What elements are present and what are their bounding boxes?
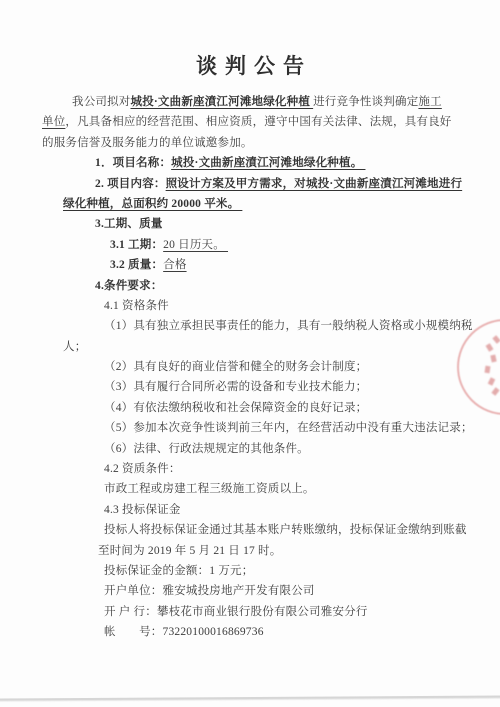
doc-line: （5）参加本次竞争性谈判前三年内，在经营活动中没有重大违法记录； (104, 418, 500, 438)
doc-line: 至时间为 2019 年 5 月 21 日 17 时。 (98, 541, 500, 561)
doc-line: 3.工期、质量 (95, 214, 500, 234)
document-lines: 我公司拟对城投·文曲新座濆江河滩地绿化种植 进行竞争性谈判确定施工单位，凡具备相… (0, 92, 500, 643)
doc-line: 单位，凡具备相应的经营范围、相应资质，遵守中国有关法律、法规，具有良好 (42, 112, 500, 132)
doc-line: 开户单位：雅安城投房地产开发有限公司 (104, 581, 500, 601)
doc-line: 市政工程或房建工程三级施工资质以上。 (104, 479, 500, 499)
doc-line: 4.1 资格条件 (104, 296, 500, 316)
doc-line: （6）法律、行政法规规定的其他条件。 (104, 439, 500, 459)
doc-line: 我公司拟对城投·文曲新座濆江河滩地绿化种植 进行竞争性谈判确定施工 (72, 92, 500, 112)
seal-mark (485, 366, 491, 374)
doc-line: 绿化种植，总面积约 20000 平米。 (63, 194, 500, 214)
page-bottom-edge-shadow (0, 695, 500, 700)
doc-line: 帐 号：73220100016869736 (104, 622, 500, 642)
doc-line: 4.3 投标保证金 (104, 500, 500, 520)
doc-line: 4.条件要求： (95, 276, 500, 296)
doc-line: （1）具有独立承担民事责任的能力，具有一般纳税人资格或小规模纳税 (104, 316, 500, 336)
doc-line: （3）具有履行合同所必需的设备和专业技术能力； (104, 377, 500, 397)
scanned-document-page: 谈判公告 我公司拟对城投·文曲新座濆江河滩地绿化种植 进行竞争性谈判确定施工单位… (0, 0, 500, 707)
document-title: 谈判公告 (0, 52, 500, 80)
doc-line: 3.1 工期：20 日历天。 (110, 235, 500, 255)
doc-line: 人； (63, 337, 500, 357)
doc-line: 2. 项目内容：照设计方案及甲方需求，对城投·文曲新座濆江河滩地进行 (95, 174, 500, 194)
doc-line: （4）有依法缴纳税收和社会保障资金的良好记录； (104, 398, 500, 418)
doc-line: 4.2 资质条件： (104, 459, 500, 479)
doc-line: 1．项目名称：城投·文曲新座濆江河滩地绿化种植。 (95, 153, 500, 173)
doc-line: 投标人将投标保证金通过其基本账户转账缴纳，投标保证金缴纳到账截 (104, 520, 500, 540)
doc-line: 的服务信誉及服务能力的单位诚邀参加。 (42, 133, 500, 153)
doc-line: 开 户 行：攀枝花市商业银行股份有限公司雅安分行 (104, 602, 500, 622)
doc-line: 3.2 质量：合格 (110, 255, 500, 275)
doc-line: （2）具有良好的商业信誉和健全的财务会计制度； (104, 357, 500, 377)
doc-line: 投标保证金的金额：1 万元； (104, 561, 500, 581)
